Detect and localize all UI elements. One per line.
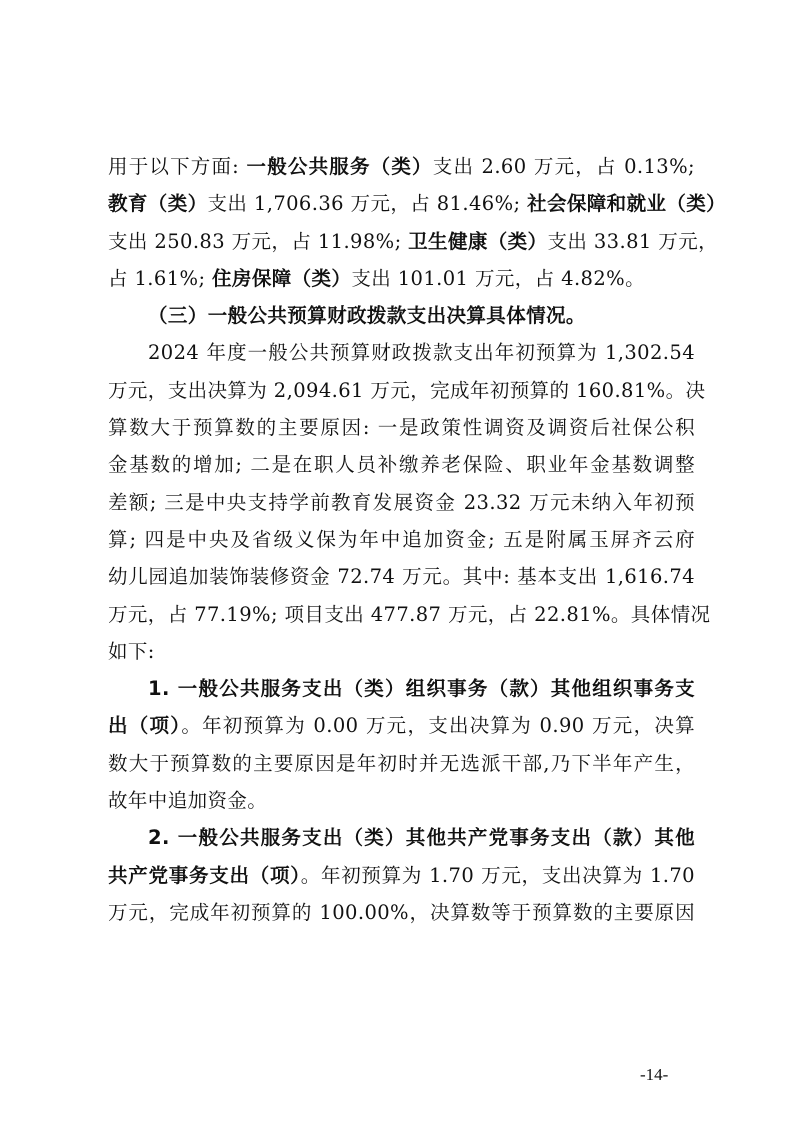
text-run: 支出 250.83 万元，占 11.98%; [108,230,408,253]
paragraph-line: 故年中追加资金。 [108,782,695,819]
item-2-title: 2. 一般公共服务支出（类）其他共产党事务支出（款）其他 [108,819,695,856]
paragraph-line: 2024 年度一般公共预算财政拨款支出年初预算为 1,302.54 [108,334,695,371]
section-heading: （三）一般公共预算财政拨款支出决算具体情况。 [108,297,695,334]
text-run: 支出 33.81 万元， [547,230,718,253]
paragraph-line: 算; 四是中央及省级义保为年中追加资金; 五是附属玉屏齐云府 [108,521,695,558]
paragraph-line: 万元，占 77.19%; 项目支出 477.87 万元，占 22.81%。具体情… [108,596,695,633]
paragraph-line: 幼儿园追加装饰装修资金 72.74 万元。其中: 基本支出 1,616.74 [108,558,695,595]
paragraph-line: 共产党事务支出（项）。年初预算为 1.70 万元，支出决算为 1.70 [108,857,695,894]
item-2-title-cont: 共产党事务支出（项） [108,864,301,887]
text-run: 占 1.61%; [108,267,212,290]
category-label: 住房保障（类） [212,267,351,290]
paragraph-line: 金基数的增加; 二是在职人员补缴养老保险、职业年金基数调整 [108,446,695,483]
text-line: 用于以下方面: 一般公共服务（类）支出 2.60 万元，占 0.13%; [108,148,695,185]
category-label: 一般公共服务（类） [247,155,433,178]
paragraph-line: 差额; 三是中央支持学前教育发展资金 23.32 万元未纳入年初预 [108,484,695,521]
item-1-title: 1. 一般公共服务支出（类）组织事务（款）其他组织事务支 [108,670,695,707]
text-run: 支出 1,706.36 万元，占 81.46%; [208,192,528,215]
paragraph-line: 数大于预算数的主要原因是年初时并无选派干部,乃下半年产生， [108,745,695,782]
text-run: 。年初预算为 0.00 万元，支出决算为 0.90 万元，决算 [181,714,695,737]
paragraph-line: 如下: [108,633,695,670]
text-run: 支出 2.60 万元，占 0.13%; [433,155,695,178]
text-run: 。年初预算为 1.70 万元，支出决算为 1.70 [301,864,695,887]
paragraph-line: 算数大于预算数的主要原因: 一是政策性调资及调资后社保公积 [108,409,695,446]
page-number: -14- [640,1065,668,1085]
document-page: 用于以下方面: 一般公共服务（类）支出 2.60 万元，占 0.13%; 教育（… [108,148,695,931]
text-run: 用于以下方面: [108,155,247,178]
item-1-title-cont: 出（项） [108,714,181,737]
category-label: 社会保障和就业（类） [527,192,726,215]
text-line: 占 1.61%; 住房保障（类）支出 101.01 万元，占 4.82%。 [108,260,695,297]
paragraph-line: 万元，完成年初预算的 100.00%，决算数等于预算数的主要原因 [108,894,695,931]
text-run: 支出 101.01 万元，占 4.82%。 [351,267,645,290]
text-line: 教育（类）支出 1,706.36 万元，占 81.46%; 社会保障和就业（类） [108,185,695,222]
category-label: 教育（类） [108,192,208,215]
category-label: 卫生健康（类） [408,230,547,253]
paragraph-line: 出（项）。年初预算为 0.00 万元，支出决算为 0.90 万元，决算 [108,707,695,744]
text-line: 支出 250.83 万元，占 11.98%; 卫生健康（类）支出 33.81 万… [108,223,695,260]
paragraph-line: 万元，支出决算为 2,094.61 万元，完成年初预算的 160.81%。决 [108,372,695,409]
